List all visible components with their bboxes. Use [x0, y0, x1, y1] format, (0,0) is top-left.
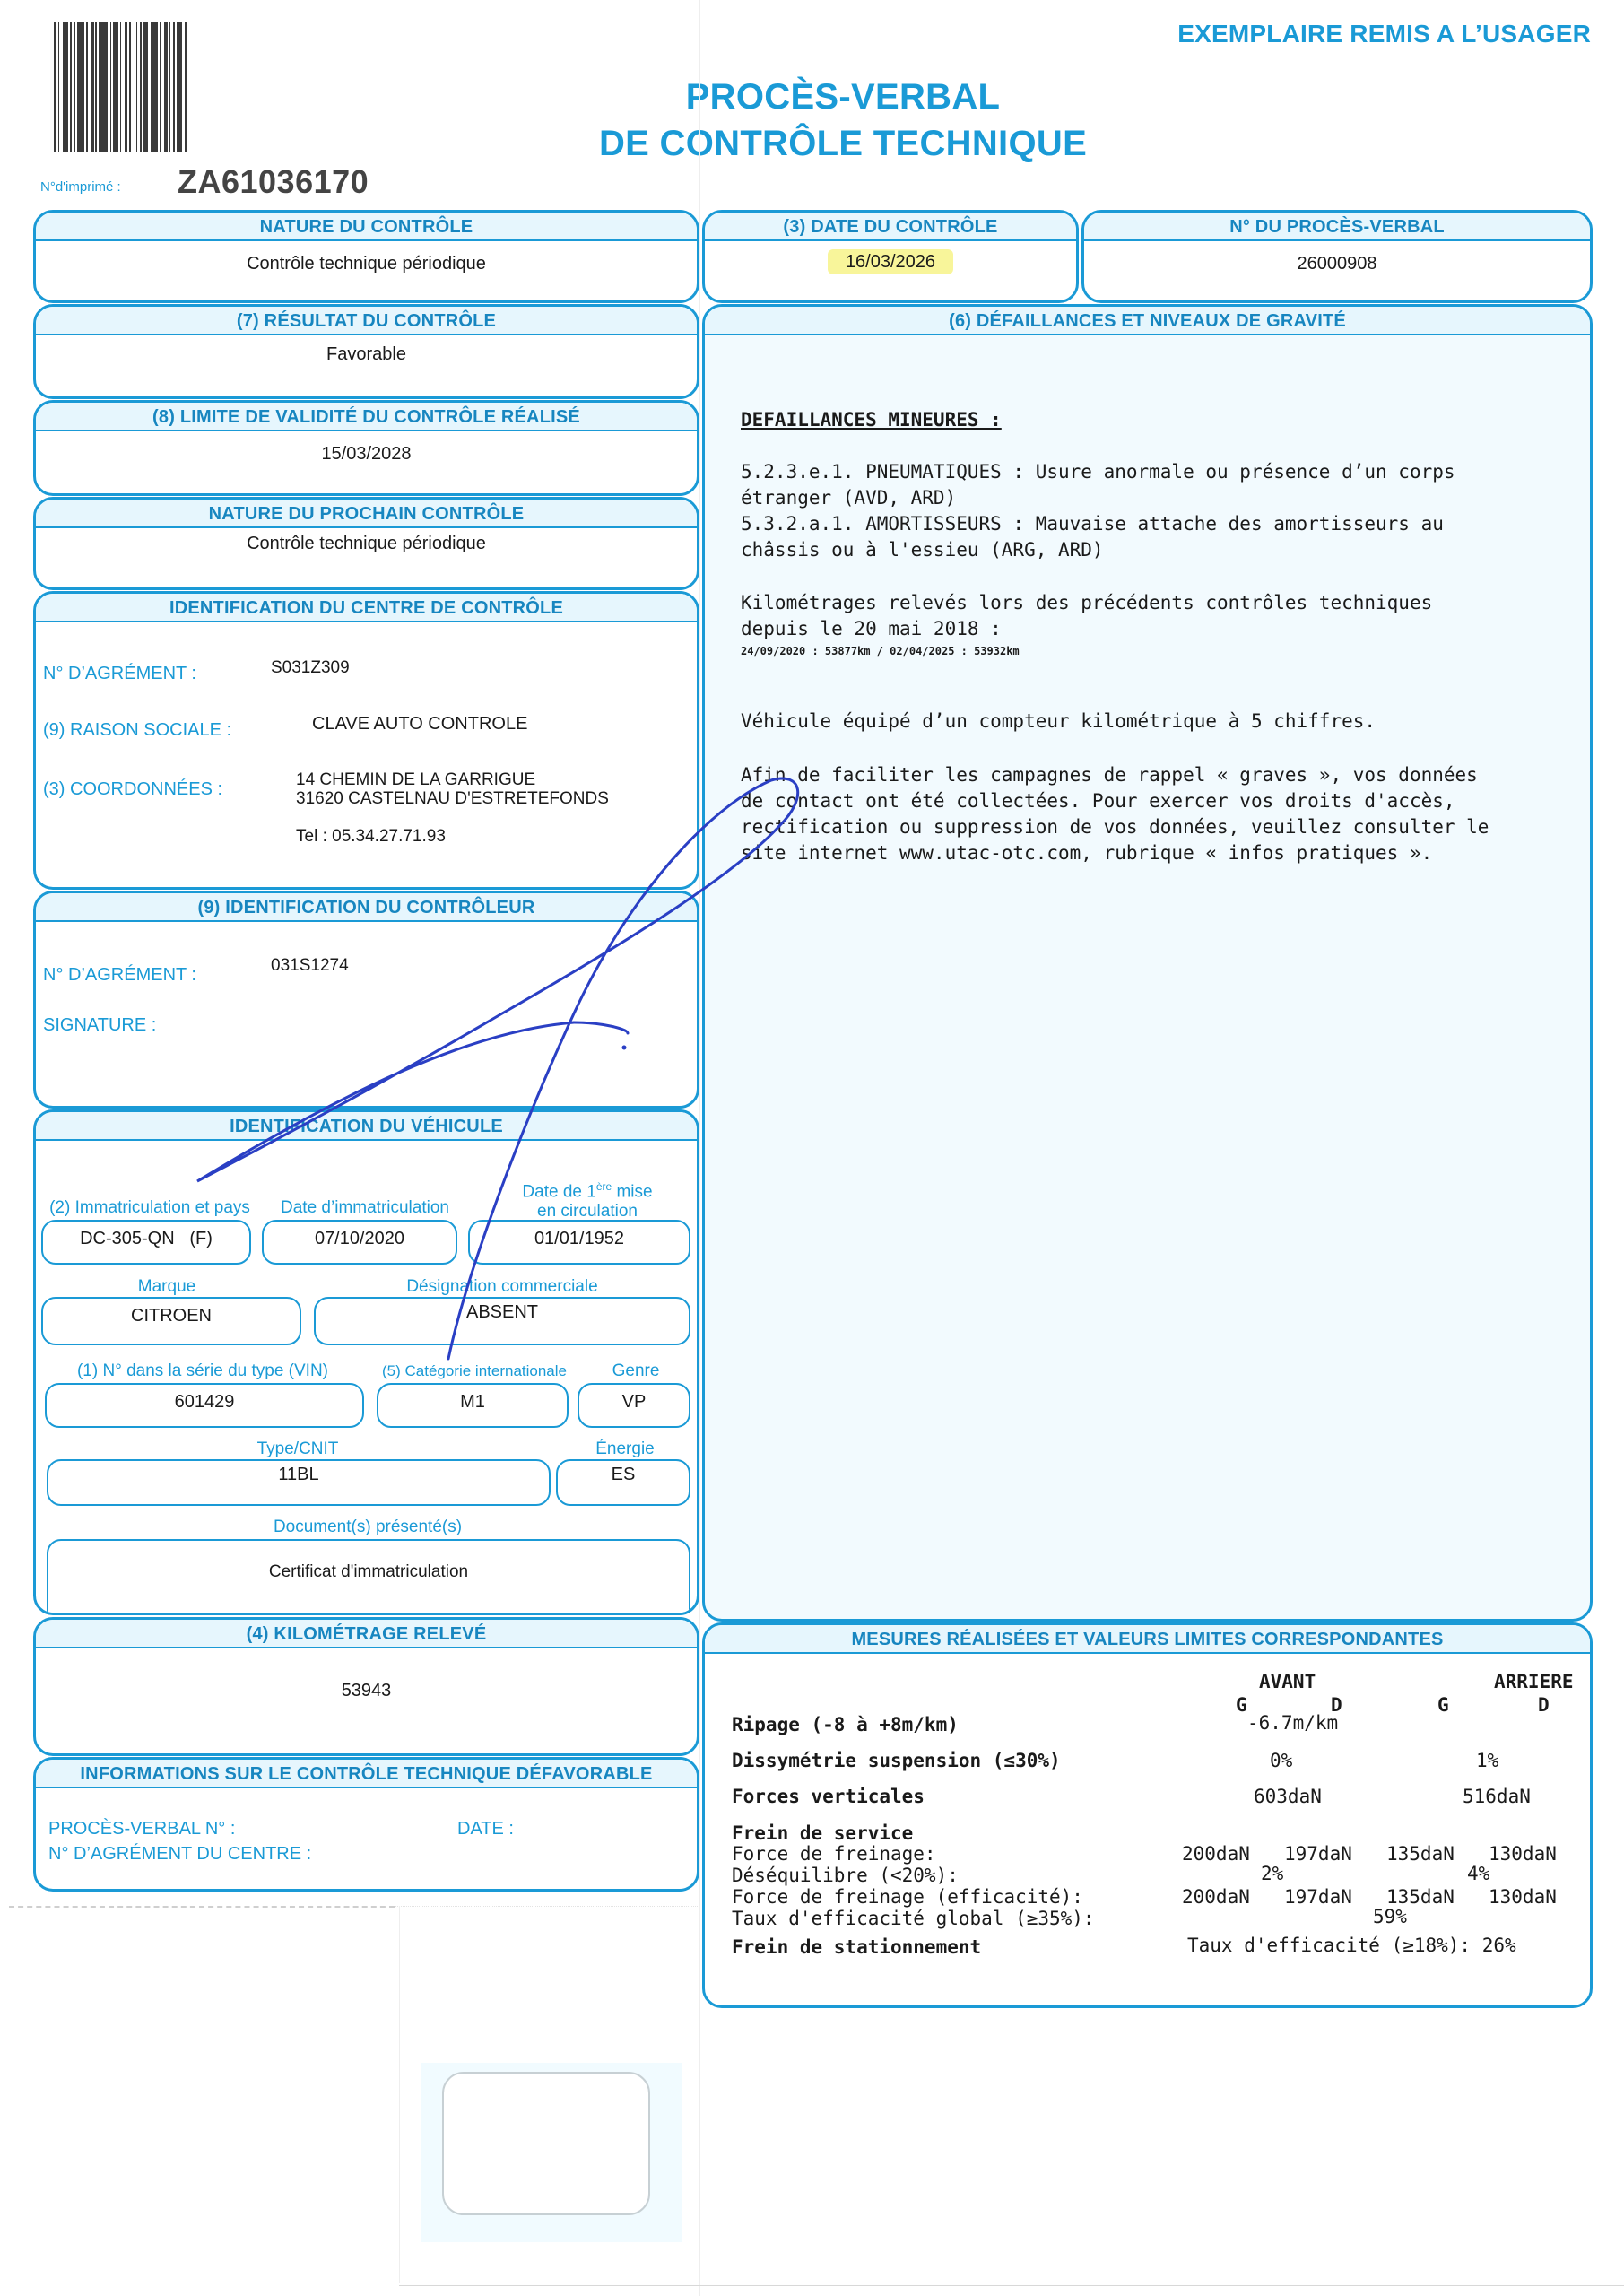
document-title: PROCÈS-VERBAL DE CONTRÔLE TECHNIQUE: [538, 74, 1148, 167]
date-immat-label: Date d’immatriculation: [271, 1198, 459, 1218]
signature-label: SIGNATURE :: [43, 1015, 156, 1036]
documents-field: Certificat d'immatriculation: [47, 1539, 690, 1615]
defaillance-item: 5.2.3.e.1. PNEUMATIQUES : Usure anormale…: [741, 459, 1455, 511]
panel-title: (3) DATE DU CONTRÔLE: [705, 213, 1076, 241]
genre-label: Genre: [581, 1361, 690, 1381]
panel-mesures: MESURES RÉALISÉES ET VALEURS LIMITES COR…: [702, 1622, 1593, 2008]
col-arriere-g: G: [1437, 1693, 1449, 1717]
defavorable-pv-label: PROCÈS-VERBAL N° :: [48, 1819, 235, 1839]
marque-label: Marque: [41, 1277, 292, 1297]
force-efficacite-value: 197daN: [1284, 1885, 1352, 1909]
prochain-value: Contrôle technique périodique: [36, 528, 697, 554]
dissym-avant: 0%: [1270, 1749, 1292, 1772]
categorie-field: M1: [377, 1383, 569, 1428]
defavorable-agrement-label: N° D’AGRÉMENT DU CENTRE :: [48, 1844, 311, 1865]
panel-title: (7) RÉSULTAT DU CONTRÔLE: [36, 307, 697, 335]
ripage-value: -6.7m/km: [1247, 1711, 1338, 1735]
barcode-icon: [54, 22, 352, 152]
col-arriere: ARRIERE: [1494, 1670, 1574, 1693]
address-line-1: 14 CHEMIN DE LA GARRIGUE: [296, 770, 535, 790]
vin-value: 601429: [47, 1392, 362, 1413]
panel-centre: IDENTIFICATION DU CENTRE DE CONTRÔLE N° …: [33, 591, 699, 890]
dissym-arriere: 1%: [1476, 1749, 1498, 1772]
type-label: Type/CNIT: [45, 1439, 551, 1459]
panel-resultat: (7) RÉSULTAT DU CONTRÔLE Favorable: [33, 304, 699, 399]
col-arriere-d: D: [1538, 1693, 1550, 1717]
forces-verticales-avant: 603daN: [1254, 1785, 1322, 1808]
fold-line: [699, 0, 700, 2296]
desequilibre-label: Déséquilibre (<20%):: [732, 1864, 959, 1887]
force-efficacite-value: 200daN: [1182, 1885, 1250, 1909]
date-controle-value: 16/03/2026: [828, 249, 953, 274]
panel-title: NATURE DU CONTRÔLE: [36, 213, 697, 241]
force-freinage-value: 197daN: [1284, 1842, 1352, 1865]
perforation-line: [9, 1906, 395, 1908]
rgpd-note: Afin de faciliter les campagnes de rappe…: [741, 762, 1489, 866]
force-efficacite-value: 130daN: [1489, 1885, 1557, 1909]
printed-number: ZA61036170: [178, 163, 369, 201]
panel-prochain: NATURE DU PROCHAIN CONTRÔLE Contrôle tec…: [33, 497, 699, 590]
vin-label: (1) N° dans la série du type (VIN): [41, 1361, 364, 1381]
type-field: 11BL: [47, 1459, 551, 1506]
coordonnees-label: (3) COORDONNÉES :: [43, 779, 222, 800]
nature-controle-value: Contrôle technique périodique: [36, 241, 697, 274]
panel-nature-controle: NATURE DU CONTRÔLE Contrôle technique pé…: [33, 210, 699, 303]
fold-line: [399, 1906, 400, 2283]
panel-title: (8) LIMITE DE VALIDITÉ DU CONTRÔLE RÉALI…: [36, 403, 697, 431]
panel-kilometrage: (4) KILOMÉTRAGE RELEVÉ 53943: [33, 1617, 699, 1756]
panel-title: (4) KILOMÉTRAGE RELEVÉ: [36, 1620, 697, 1648]
raison-sociale-label: (9) RAISON SOCIALE :: [43, 720, 231, 741]
address-line-2: 31620 CASTELNAU D'ESTRETEFONDS: [296, 789, 609, 809]
type-value: 11BL: [48, 1465, 549, 1485]
forces-verticales-label: Forces verticales: [732, 1785, 925, 1808]
panel-date-controle: (3) DATE DU CONTRÔLE 16/03/2026: [702, 210, 1079, 303]
first-circ-field: 01/01/1952: [468, 1220, 690, 1265]
taux-global-value: 59%: [1373, 1905, 1407, 1928]
energie-field: ES: [556, 1459, 690, 1506]
marque-field: CITROEN: [41, 1297, 301, 1345]
genre-field: VP: [578, 1383, 690, 1428]
desequilibre-arriere: 4%: [1467, 1862, 1489, 1885]
force-efficacite-label: Force de freinage (efficacité):: [732, 1885, 1083, 1909]
validite-value: 15/03/2028: [36, 431, 697, 465]
panel-title: (9) IDENTIFICATION DU CONTRÔLEUR: [36, 893, 697, 922]
categorie-value: M1: [378, 1392, 567, 1413]
title-line-1: PROCÈS-VERBAL: [538, 74, 1148, 120]
panel-validite: (8) LIMITE DE VALIDITÉ DU CONTRÔLE RÉALI…: [33, 400, 699, 496]
panel-pv-number: N° DU PROCÈS-VERBAL 26000908: [1081, 210, 1593, 303]
defaillance-item: 5.3.2.a.1. AMORTISSEURS : Mauvaise attac…: [741, 511, 1444, 563]
controleur-agrement-value: 031S1274: [271, 956, 349, 976]
panel-title: INFORMATIONS SUR LE CONTRÔLE TECHNIQUE D…: [36, 1760, 697, 1788]
col-avant: AVANT: [1259, 1670, 1316, 1693]
desequilibre-avant: 2%: [1261, 1862, 1283, 1885]
designation-field: ABSENT: [314, 1297, 690, 1345]
defaillances-section-title: DEFAILLANCES MINEURES :: [741, 407, 1002, 433]
defavorable-date-label: DATE :: [457, 1819, 514, 1839]
panel-defavorable: INFORMATIONS SUR LE CONTRÔLE TECHNIQUE D…: [33, 1757, 699, 1892]
centre-phone: Tel : 05.34.27.71.93: [296, 827, 446, 847]
printed-number-label: N°d'imprimé :: [40, 179, 121, 195]
dissym-label: Dissymétrie suspension (≤30%): [732, 1749, 1061, 1772]
immat-value: DC-305-QN (F): [43, 1229, 249, 1249]
raison-sociale-value: CLAVE AUTO CONTROLE: [312, 714, 527, 735]
panel-title: IDENTIFICATION DU VÉHICULE: [36, 1112, 697, 1141]
energie-value: ES: [558, 1465, 689, 1485]
date-immat-value: 07/10/2020: [264, 1229, 456, 1249]
immat-label: (2) Immatriculation et pays: [38, 1198, 262, 1218]
kilometrage-value: 53943: [36, 1648, 697, 1701]
forces-verticales-arriere: 516daN: [1463, 1785, 1531, 1808]
panel-title: (6) DÉFAILLANCES ET NIVEAUX DE GRAVITÉ: [705, 307, 1590, 335]
frein-stationnement-label: Frein de stationnement: [732, 1935, 981, 1959]
panel-defaillances: (6) DÉFAILLANCES ET NIVEAUX DE GRAVITÉ D…: [702, 304, 1593, 1622]
ripage-label: Ripage (-8 à +8m/km): [732, 1713, 959, 1736]
first-circ-label: Date de 1ère miseen circulation: [475, 1177, 699, 1222]
panel-title: IDENTIFICATION DU CENTRE DE CONTRÔLE: [36, 594, 697, 622]
force-freinage-value: 200daN: [1182, 1842, 1250, 1865]
centre-agrement-value: S031Z309: [271, 658, 350, 678]
panel-title: N° DU PROCÈS-VERBAL: [1084, 213, 1590, 241]
date-immat-field: 07/10/2020: [262, 1220, 457, 1265]
panel-title: NATURE DU PROCHAIN CONTRÔLE: [36, 500, 697, 528]
frein-stationnement-value: Taux d'efficacité (≥18%): 26%: [1187, 1934, 1516, 1957]
genre-value: VP: [579, 1392, 689, 1413]
force-freinage-label: Force de freinage:: [732, 1842, 936, 1865]
panel-controleur: (9) IDENTIFICATION DU CONTRÔLEUR N° D’AG…: [33, 891, 699, 1109]
categorie-label: (5) Catégorie internationale: [373, 1361, 576, 1381]
documents-value: Certificat d'immatriculation: [48, 1562, 689, 1582]
immat-field: DC-305-QN (F): [41, 1220, 251, 1265]
centre-agrement-label: N° D’AGRÉMENT :: [43, 664, 196, 684]
resultat-value: Favorable: [36, 335, 697, 365]
vin-field: 601429: [45, 1383, 364, 1428]
page-edge: [399, 2285, 1624, 2286]
col-avant-g: G: [1236, 1693, 1247, 1717]
compteur-note: Véhicule équipé d’un compteur kilométriq…: [741, 709, 1376, 735]
pv-number-value: 26000908: [1084, 241, 1590, 274]
title-line-2: DE CONTRÔLE TECHNIQUE: [538, 120, 1148, 167]
designation-label: Désignation commerciale: [314, 1277, 690, 1297]
force-freinage-value: 130daN: [1489, 1842, 1557, 1865]
controleur-agrement-label: N° D’AGRÉMENT :: [43, 965, 196, 986]
perforation-line: [395, 1906, 699, 1907]
force-freinage-value: 135daN: [1386, 1842, 1455, 1865]
marque-value: CITROEN: [43, 1306, 300, 1326]
km-history-intro: Kilométrages relevés lors des précédents…: [741, 590, 1432, 642]
envelope-window: [442, 2072, 650, 2215]
taux-global-label: Taux d'efficacité global (≥35%):: [732, 1907, 1095, 1930]
km-history: 24/09/2020 : 53877km / 02/04/2025 : 5393…: [741, 644, 1020, 658]
copy-label: EXEMPLAIRE REMIS A L’USAGER: [1177, 20, 1591, 48]
panel-title: MESURES RÉALISÉES ET VALEURS LIMITES COR…: [705, 1625, 1590, 1654]
first-circ-value: 01/01/1952: [470, 1229, 689, 1249]
documents-label: Document(s) présenté(s): [45, 1518, 690, 1537]
panel-vehicule: IDENTIFICATION DU VÉHICULE (2) Immatricu…: [33, 1109, 699, 1615]
energie-label: Énergie: [558, 1439, 692, 1459]
designation-value: ABSENT: [316, 1302, 689, 1323]
